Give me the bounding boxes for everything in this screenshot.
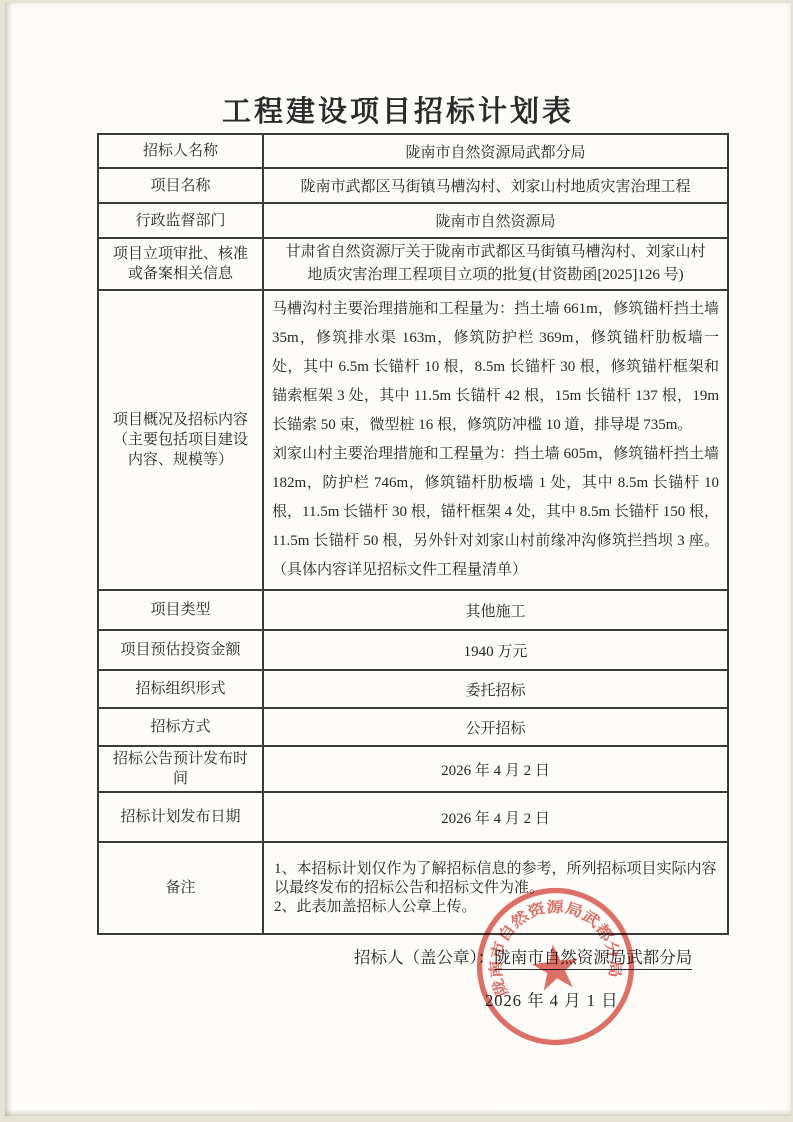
row-value: 陇南市武都区马街镇马槽沟村、刘家山村地质灾害治理工程: [263, 168, 728, 203]
row-value: 2026 年 4 月 2 日: [263, 792, 728, 842]
signer-label: 招标人（盖公章）：: [354, 948, 494, 967]
row-label: 招标计划发布日期: [98, 792, 263, 842]
row-value: 2026 年 4 月 2 日: [263, 746, 728, 792]
document-page: 工程建设项目招标计划表 招标人名称 陇南市自然资源局武都分局 项目名称 陇南市武…: [5, 3, 791, 1116]
signature-line: 招标人（盖公章）：陇南市自然资源局武都分局: [354, 944, 692, 968]
row-label: 项目立项审批、核准或备案相关信息: [98, 238, 263, 290]
table-row-project-name: 项目名称 陇南市武都区马街镇马槽沟村、刘家山村地质灾害治理工程: [98, 168, 728, 203]
row-value: 委托招标: [263, 670, 728, 708]
row-value: 1、本招标计划仅作为了解招标信息的参考，所列招标项目实际内容以最终发布的招标公告…: [263, 842, 728, 934]
row-value: 马槽沟村主要治理措施和工程量为：挡土墙 661m，修筑锚杆挡土墙 35m，修筑排…: [263, 290, 728, 590]
row-value: 甘肃省自然资源厅关于陇南市武都区马街镇马槽沟村、刘家山村地质灾害治理工程项目立项…: [263, 238, 728, 290]
row-value: 其他施工: [263, 590, 728, 630]
scan-edge-shadow-left: [5, 3, 12, 1116]
remark-note-1: 1、本招标计划仅作为了解招标信息的参考，所列招标项目实际内容以最终发布的招标公告…: [274, 860, 717, 898]
signature-date: 2026 年 4 月 1 日: [485, 987, 619, 1011]
scan-edge-shadow-bottom: [5, 1109, 791, 1116]
table-row-plan-publish-date: 招标计划发布日期 2026 年 4 月 2 日: [98, 792, 728, 842]
table-row-remarks: 备注 1、本招标计划仅作为了解招标信息的参考，所列招标项目实际内容以最终发布的招…: [98, 842, 728, 934]
row-value: 1940 万元: [263, 630, 728, 670]
table-row-organization-form: 招标组织形式 委托招标: [98, 670, 728, 708]
row-value: 公开招标: [263, 708, 728, 746]
remark-note-2: 2、此表加盖招标人公章上传。: [274, 898, 717, 917]
row-label: 项目名称: [98, 168, 263, 203]
signer-name: 陇南市自然资源局武都分局: [494, 948, 692, 970]
bidding-plan-table: 招标人名称 陇南市自然资源局武都分局 项目名称 陇南市武都区马街镇马槽沟村、刘家…: [97, 133, 729, 935]
table-row-project-type: 项目类型 其他施工: [98, 590, 728, 630]
row-label: 备注: [98, 842, 263, 934]
row-label: 行政监督部门: [98, 203, 263, 238]
table-row-approval-info: 项目立项审批、核准或备案相关信息 甘肃省自然资源厅关于陇南市武都区马街镇马槽沟村…: [98, 238, 728, 290]
scanned-document: 工程建设项目招标计划表 招标人名称 陇南市自然资源局武都分局 项目名称 陇南市武…: [0, 0, 793, 1122]
overview-paragraph-machaogou: 马槽沟村主要治理措施和工程量为：挡土墙 661m，修筑锚杆挡土墙 35m，修筑排…: [272, 295, 719, 440]
row-label: 招标组织形式: [98, 670, 263, 708]
row-value: 陇南市自然资源局武都分局: [263, 134, 728, 168]
table-row-bidder-name: 招标人名称 陇南市自然资源局武都分局: [98, 134, 728, 168]
table-row-project-overview: 项目概况及招标内容（主要包括项目建设内容、规模等） 马槽沟村主要治理措施和工程量…: [98, 290, 728, 590]
row-label: 招标人名称: [98, 134, 263, 168]
row-value: 陇南市自然资源局: [263, 203, 728, 238]
table-row-estimated-investment: 项目预估投资金额 1940 万元: [98, 630, 728, 670]
table-row-announcement-date: 招标公告预计发布时间 2026 年 4 月 2 日: [98, 746, 728, 792]
row-label: 项目预估投资金额: [98, 630, 263, 670]
row-label: 项目概况及招标内容（主要包括项目建设内容、规模等）: [98, 290, 263, 590]
table-row-supervising-department: 行政监督部门 陇南市自然资源局: [98, 203, 728, 238]
document-title: 工程建设项目招标计划表: [5, 89, 791, 130]
row-label: 招标公告预计发布时间: [98, 746, 263, 792]
table-row-bidding-method: 招标方式 公开招标: [98, 708, 728, 746]
row-label: 招标方式: [98, 708, 263, 746]
row-label: 项目类型: [98, 590, 263, 630]
overview-paragraph-liujiashan: 刘家山村主要治理措施和工程量为：挡土墙 605m，修筑锚杆挡土墙 182m，防护…: [272, 440, 719, 585]
